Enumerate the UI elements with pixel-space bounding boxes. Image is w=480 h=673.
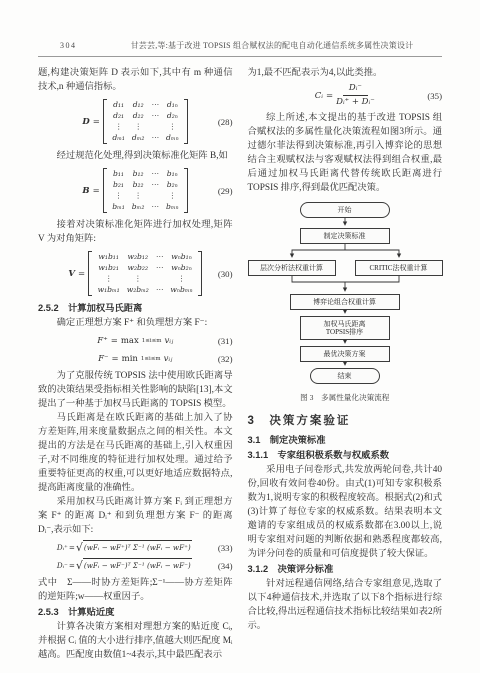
- equation-number: (33): [218, 541, 233, 555]
- equation-33: Dᵢ⁺ = √(wFᵢ − wF⁺)ᵀ Σ⁻¹ (wFᵢ − wF⁺) (33): [38, 540, 233, 555]
- paragraph-where-clause: 式中 Σ——时协方差矩阵;Σ⁻¹——协方差矩阵的逆矩阵;w——权重因子。: [38, 576, 233, 604]
- equation-number: (31): [218, 334, 233, 348]
- heading-2-5-3: 2.5.3 计算贴近度: [38, 605, 233, 619]
- paragraph: 为了克服传统 TOPSIS 法中使用欧氏距离导致的决策结果受指标相关性影响的缺陷…: [38, 369, 233, 411]
- paragraph: 采用电子问卷形式,共发放两轮问卷,共计40份,回收有效问卷40份。由式(1)可知…: [248, 463, 443, 561]
- flowchart-ahp-node: 层次分析法权重计算: [248, 260, 336, 276]
- paragraph: 题,构建决策矩阵 D 表示如下,其中有 m 种通信技术,n 种通信指标。: [38, 66, 233, 94]
- equation-number: (35): [427, 89, 442, 103]
- page-number: 304: [38, 41, 102, 50]
- fraction: Dᵢ⁻ Dᵢ⁺ + Dᵢ⁻: [336, 83, 375, 108]
- left-column: 题,构建决策矩阵 D 表示如下,其中有 m 种通信技术,n 种通信指标。 D =…: [38, 66, 233, 662]
- two-column-body: 题,构建决策矩阵 D 表示如下,其中有 m 种通信技术,n 种通信指标。 D =…: [38, 66, 442, 662]
- equation-35: Cᵢ = Dᵢ⁻ Dᵢ⁺ + Dᵢ⁻ (35): [248, 83, 443, 108]
- paragraph: 计算各决策方案相对理想方案的贴近度 Cᵢ,并根据 Cᵢ 值的大小进行排序,值越大…: [38, 620, 233, 662]
- right-column: 为1,最不匹配表示为4,以此类推。 Cᵢ = Dᵢ⁻ Dᵢ⁺ + Dᵢ⁻ (35…: [248, 66, 443, 662]
- equation-30: V = w₁b₁₁w₂b₁₂⋯wₙb₁ₙw₁b₂₁w₂b₂₂⋯wₙb₂ₙ⋮⋮⋮w…: [38, 249, 233, 298]
- matrix-v: w₁b₁₁w₂b₁₂⋯wₙb₁ₙw₁b₂₁w₂b₂₂⋯wₙb₂ₙ⋮⋮⋮w₁bₘ₁…: [88, 251, 202, 296]
- matrix-d: d₁₁d₁₂⋯d₁ₙd₂₁d₂₂⋯d₂ₙ⋮⋮⋮dₘ₁dₘ₂⋯dₘₙ: [103, 99, 188, 144]
- heading-3-1: 3.1 制定决策标准: [248, 433, 443, 447]
- paragraph: 综上所述,本文提出的基于改进 TOPSIS 组合赋权法的多属性量化决策流程如图3…: [248, 111, 443, 195]
- paper-page: 304 甘芸芸,等:基于改进 TOPSIS 组合赋权法的配电自动化通信系统多属性…: [0, 0, 480, 673]
- equation-29: B = b₁₁b₁₂⋯b₁ₙb₂₁b₂₂⋯b₂ₙ⋮⋮⋮bₘ₁bₘ₂⋯bₘₙ (2…: [38, 166, 233, 215]
- matrix-b: b₁₁b₁₂⋯b₁ₙb₂₁b₂₂⋯b₂ₙ⋮⋮⋮bₘ₁bₘ₂⋯bₘₙ: [103, 168, 188, 213]
- equation-28: D = d₁₁d₁₂⋯d₁ₙd₂₁d₂₂⋯d₂ₙ⋮⋮⋮dₘ₁dₘ₂⋯dₘₙ (2…: [38, 97, 233, 146]
- heading-3-1-1: 3.1.1 专家组积极系数与权威系数: [248, 448, 443, 462]
- flowchart-topsis-node: 加权马氏距离 TOPSIS排序: [300, 316, 390, 340]
- heading-3: 3 决策方案验证: [248, 414, 443, 428]
- equation-number: (34): [218, 559, 233, 573]
- flowchart-figure-3: 开始 制定决策标准 层次分析法权重计算 CRITIC法权重计算 博弈论组合权重计…: [248, 202, 443, 386]
- flowchart-critic-node: CRITIC法权重计算: [355, 260, 443, 276]
- equation-number: (29): [218, 184, 233, 198]
- heading-3-1-2: 3.1.2 决策评分标准: [248, 562, 443, 576]
- equation-31: F⁺ = max1≤i≤m vᵢⱼ (31): [38, 333, 233, 348]
- paragraph: 为1,最不匹配表示为4,以此类推。: [248, 66, 443, 80]
- flowchart-game-theory-node: 博弈论组合权重计算: [290, 294, 400, 310]
- paragraph: 接着对决策标准化矩阵进行加权处理,矩阵 V 为对角矩阵:: [38, 218, 233, 246]
- page-header: 304 甘芸芸,等:基于改进 TOPSIS 组合赋权法的配电自动化通信系统多属性…: [38, 40, 442, 57]
- paragraph: 采用加权马氏距离计算方案 Fᵢ 到正理想方案 F⁺ 的距离 Dᵢ⁺ 和到负理想方…: [38, 495, 233, 537]
- equation-34: Dᵢ⁻ = √(wFᵢ − wF⁻)ᵀ Σ⁻¹ (wFᵢ − wF⁻) (34): [38, 558, 233, 573]
- heading-2-5-2: 2.5.2 计算加权马氏距离: [38, 301, 233, 315]
- matrix-lhs: V: [68, 267, 75, 281]
- paragraph: 经过规范化处理,得到决策标准化矩阵 B,如: [38, 149, 233, 163]
- matrix-lhs: D: [82, 115, 89, 129]
- flowchart-criteria-node: 制定决策标准: [300, 228, 390, 244]
- paragraph: 确定正理想方案 F⁺ 和负理想方案 F⁻:: [38, 316, 233, 330]
- figure-caption: 图 3 多属性量化决策流程: [248, 391, 443, 405]
- flowchart-start-node: 开始: [300, 202, 390, 218]
- equation-32: F⁻ = min1≤i≤m vᵢⱼ (32): [38, 351, 233, 366]
- paragraph: 马氏距离是在欧氏距离的基础上加入了协方差矩阵,用来度量数据点之间的相关性。本文提…: [38, 411, 233, 495]
- flowchart-optimal-node: 最优决策方案: [300, 346, 390, 362]
- equation-number: (30): [218, 267, 233, 281]
- equation-number: (32): [218, 352, 233, 366]
- equation-number: (28): [218, 115, 233, 129]
- matrix-lhs: B: [82, 184, 89, 198]
- flowchart-end-node: 结束: [310, 368, 380, 384]
- radical-sign: √: [76, 541, 83, 555]
- paragraph: 针对远程通信网络,结合专家组意见,选取了以下4种通信技术,并选取了以下8个指标进…: [248, 577, 443, 633]
- running-title: 甘芸芸,等:基于改进 TOPSIS 组合赋权法的配电自动化通信系统多属性决策设计: [102, 40, 442, 51]
- radical-sign: √: [76, 559, 83, 573]
